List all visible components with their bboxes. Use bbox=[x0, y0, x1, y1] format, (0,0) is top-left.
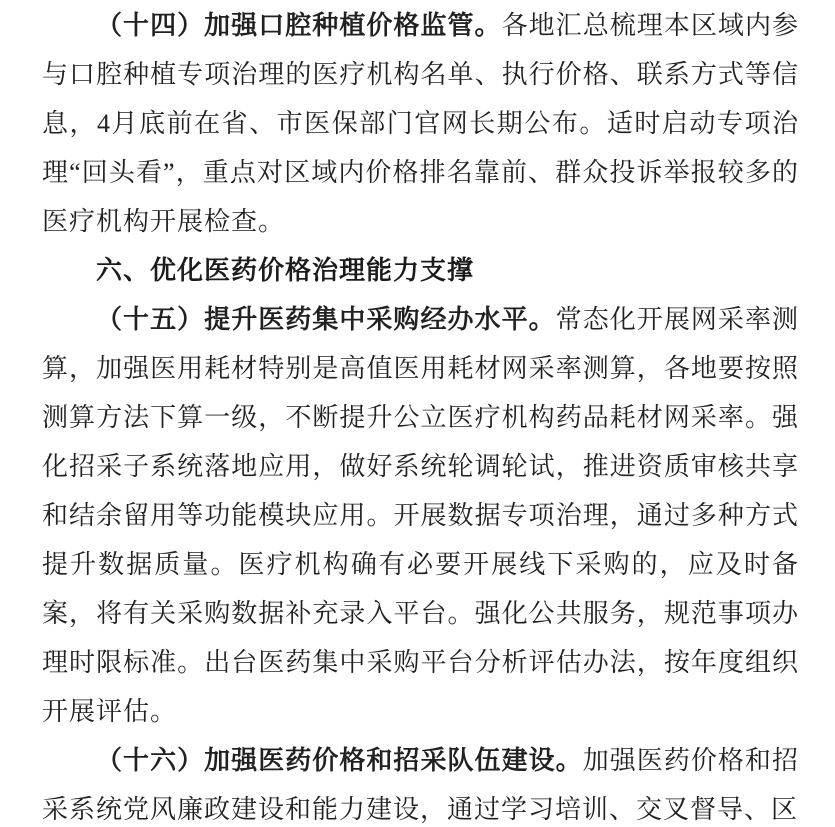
paragraph-item-14: （十四）加强口腔种植价格监管。各地汇总梳理本区域内参与口腔种植专项治理的医疗机构… bbox=[42, 1, 799, 246]
paragraph-item-15-lead: （十五）提升医药集中采购经办水平。 bbox=[96, 305, 556, 334]
paragraph-item-15: （十五）提升医药集中采购经办水平。常态化开展网采率测算，加强医用耗材特别是高值医… bbox=[42, 295, 799, 736]
section-heading: 六、优化医药价格治理能力支撑 bbox=[42, 246, 799, 295]
paragraph-item-16-lead: （十六）加强医药价格和招采队伍建设。 bbox=[96, 746, 583, 775]
paragraph-item-14-text: 各地汇总梳理本区域内参与口腔种植专项治理的医疗机构名单、执行价格、联系方式等信息… bbox=[42, 11, 799, 236]
document-page: （十四）加强口腔种植价格监管。各地汇总梳理本区域内参与口腔种植专项治理的医疗机构… bbox=[0, 0, 835, 827]
paragraph-item-14-lead: （十四）加强口腔种植价格监管。 bbox=[96, 11, 502, 40]
paragraph-item-15-text: 常态化开展网采率测算，加强医用耗材特别是高值医用耗材网采率测算，各地要按照测算方… bbox=[42, 305, 799, 726]
paragraph-item-16: （十六）加强医药价格和招采队伍建设。加强医药价格和招采系统党风廉政建设和能力建设… bbox=[42, 736, 799, 827]
